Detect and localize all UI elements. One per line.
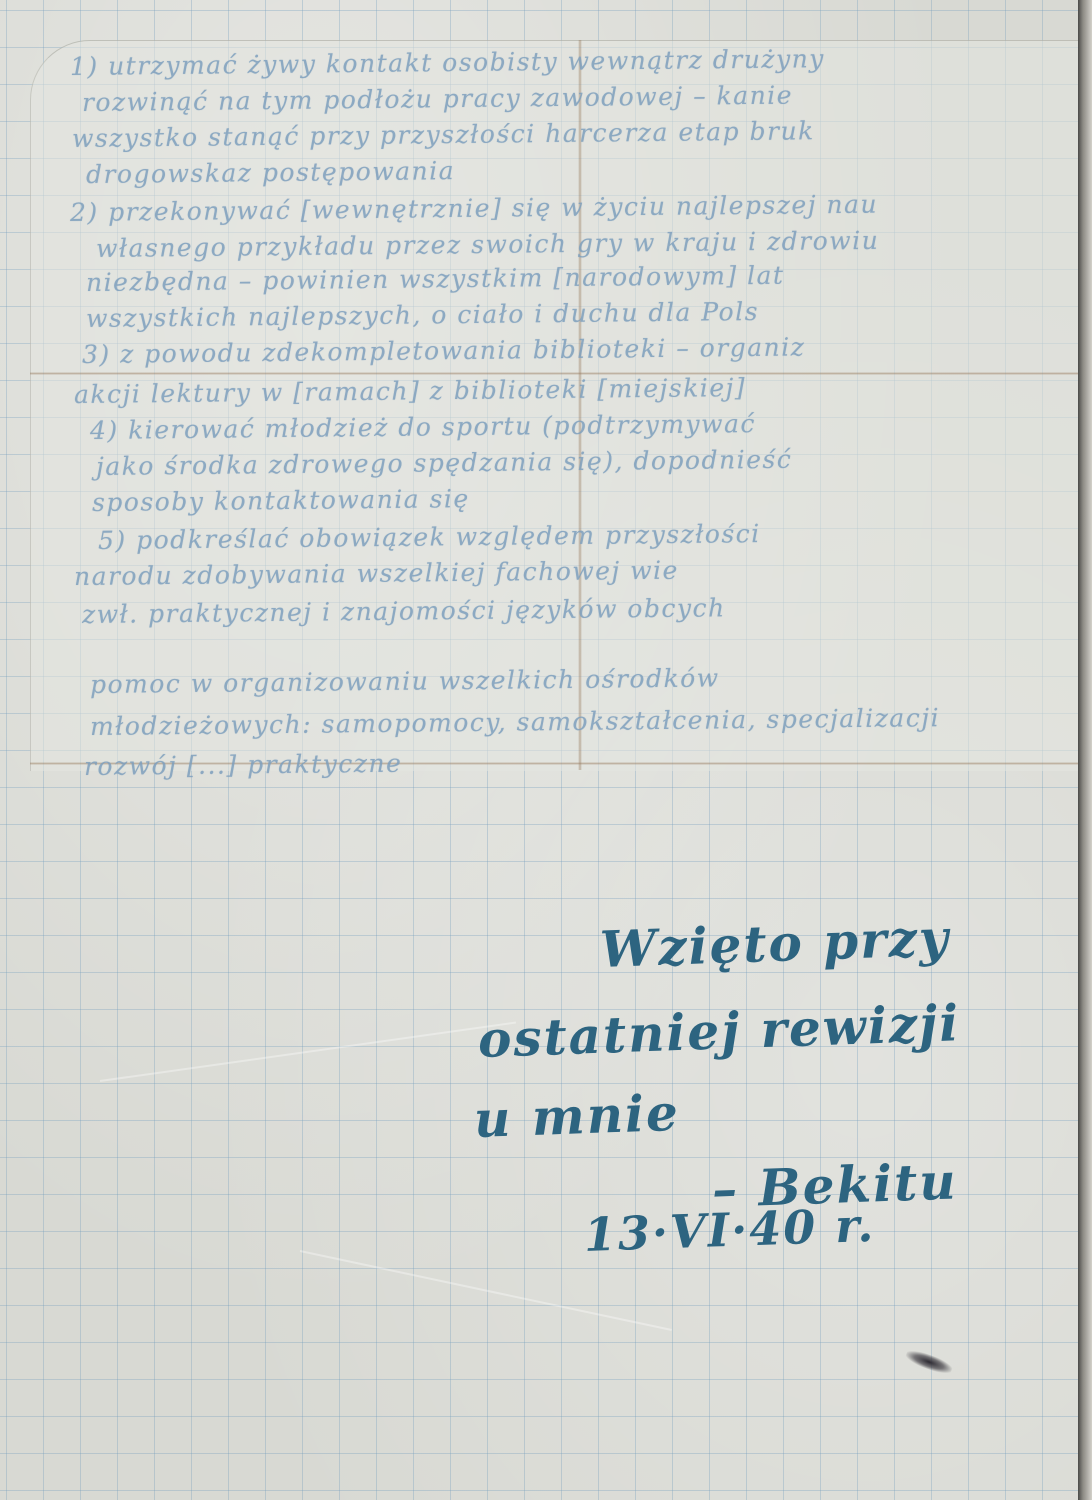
ink-stain (904, 1347, 954, 1377)
pencil-line: rozwój [...] praktyczne (84, 749, 403, 781)
ink-line: u mnie (473, 1083, 681, 1149)
paper-crease (100, 1022, 516, 1082)
paper-crease (300, 1250, 672, 1331)
ink-line: Wzięto przy (599, 908, 951, 979)
date-note: 13·VI·40 r. (583, 1198, 876, 1262)
pencil-line: sposoby kontaktowania się (92, 484, 470, 517)
binder-edge (1078, 0, 1092, 1500)
pencil-line: drogowskaz postępowania (86, 156, 455, 189)
ink-line: ostatniej rewizji (477, 993, 961, 1069)
graph-paper-sheet: 1) utrzymać żywy kontakt osobisty wewnąt… (0, 0, 1080, 1500)
paper-fold-vertical (578, 40, 582, 770)
